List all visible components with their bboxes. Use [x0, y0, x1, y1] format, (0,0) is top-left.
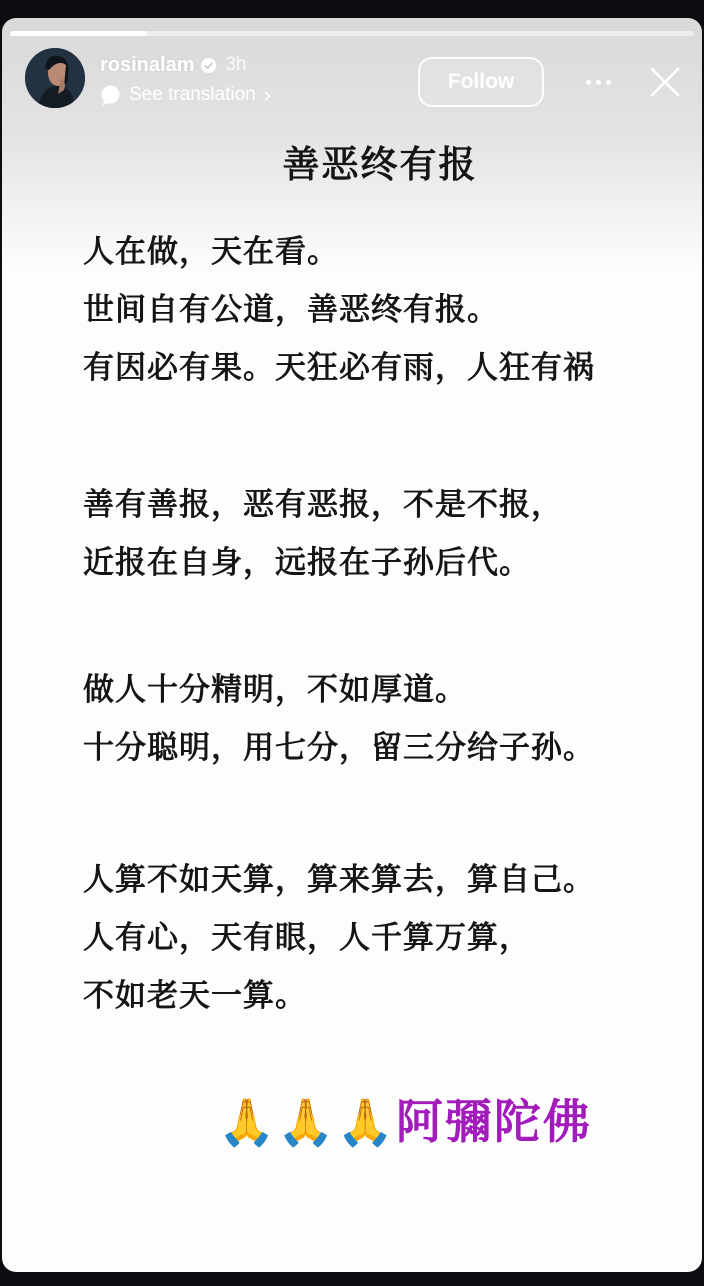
poem-line: 世间自有公道，善恶终有报。	[83, 281, 595, 339]
poem-line: 不如老天一算。	[83, 967, 595, 1025]
user-row: rosinalam 3h	[100, 52, 271, 78]
avatar-photo	[25, 48, 85, 108]
see-translation-link[interactable]: See translation ›	[100, 83, 271, 107]
story-viewer: rosinalam 3h See translation ›	[0, 0, 704, 1286]
more-options-icon[interactable]	[578, 70, 618, 94]
poem-line: 人算不如天算，算来算去，算自己。	[83, 851, 595, 909]
poem-line: 人有心，天有眼，人千算万算，	[83, 909, 595, 967]
poem-line: 人在做，天在看。	[83, 223, 595, 281]
follow-button[interactable]: Follow	[418, 57, 544, 107]
close-icon[interactable]	[645, 62, 685, 102]
story-progress-fill	[10, 31, 147, 36]
poem-line: 十分聪明，用七分，留三分给子孙。	[83, 719, 595, 777]
dot	[606, 80, 611, 85]
dot	[586, 80, 591, 85]
poem-footer-text: 阿彌陀佛	[396, 1092, 592, 1152]
poem-paragraph-2: 善有善报，恶有恶报，不是不报， 近报在自身，远报在子孙后代。	[83, 476, 563, 592]
username[interactable]: rosinalam	[100, 54, 194, 77]
poem-line: 善有善报，恶有恶报，不是不报，	[83, 476, 563, 534]
chevron-right-icon: ›	[264, 85, 271, 105]
chat-bubble-icon	[100, 85, 121, 106]
poem-paragraph-1: 人在做，天在看。 世间自有公道，善恶终有报。 有因必有果。天狂必有雨，人狂有祸	[83, 223, 595, 397]
user-info: rosinalam 3h See translation ›	[100, 52, 271, 107]
story-progress-bar	[10, 31, 694, 36]
verified-badge-icon	[201, 58, 216, 73]
praying-hands-emojis: 🙏🙏🙏	[218, 1092, 396, 1152]
avatar[interactable]	[25, 48, 85, 108]
poem-title: 善恶终有报	[2, 142, 702, 188]
poem-footer: 🙏🙏🙏阿彌陀佛	[218, 1092, 592, 1152]
see-translation-label: See translation	[129, 84, 256, 106]
poem-line: 做人十分精明，不如厚道。	[83, 661, 595, 719]
poem-paragraph-4: 人算不如天算，算来算去，算自己。 人有心，天有眼，人千算万算， 不如老天一算。	[83, 851, 595, 1025]
dot	[596, 80, 601, 85]
poem-paragraph-3: 做人十分精明，不如厚道。 十分聪明，用七分，留三分给子孙。	[83, 661, 595, 777]
poem-line: 近报在自身，远报在子孙后代。	[83, 534, 563, 592]
poem-line: 有因必有果。天狂必有雨，人狂有祸	[83, 339, 595, 397]
story-card[interactable]: rosinalam 3h See translation ›	[2, 18, 702, 1272]
story-timestamp: 3h	[225, 54, 246, 76]
